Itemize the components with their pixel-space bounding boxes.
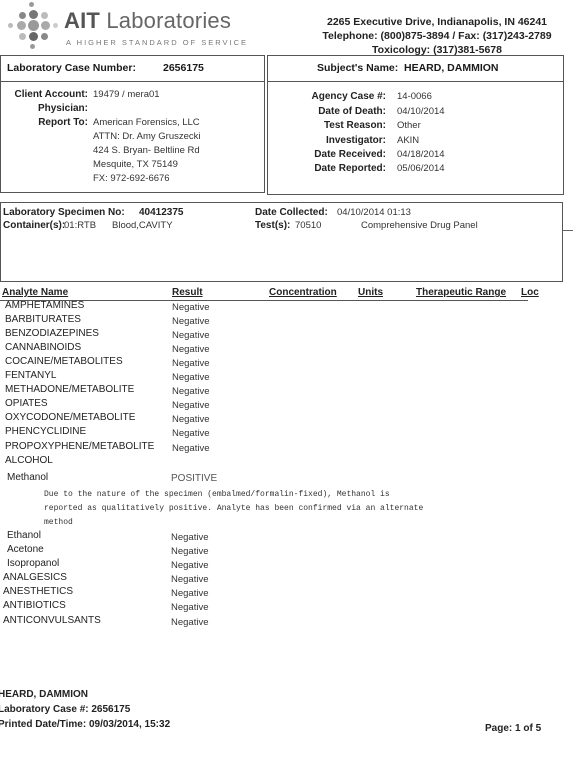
date-of-death-value: 04/10/2014 [397, 106, 445, 117]
analyte-name: ANALGESICS [3, 572, 67, 583]
analyte-result: Negative [171, 602, 209, 613]
analyte-result: Negative [172, 414, 210, 425]
analyte-result: Negative [172, 358, 210, 369]
note-line: Due to the nature of the specimen (embal… [44, 488, 484, 502]
analyte-name: METHADONE/METABOLITE [5, 384, 134, 395]
analyte-name: ANESTHETICS [3, 586, 73, 597]
report-to-line: American Forensics, LLC [93, 117, 200, 128]
analyte-result: Negative [172, 386, 210, 397]
analyte-name: PROPOXYPHENE/METABOLITE [5, 441, 154, 452]
methanol-note: Due to the nature of the specimen (embal… [44, 488, 484, 530]
lab-contact-block: 2265 Executive Drive, Indianapolis, IN 4… [290, 15, 584, 57]
analyte-name: CANNABINOIDS [5, 342, 81, 353]
date-received-label: Date Received: [314, 149, 386, 160]
analyte-result: Negative [172, 344, 210, 355]
report-to-line: FX: 972-692-6676 [93, 173, 170, 184]
analyte-result: Negative [172, 443, 210, 454]
tests-label: Test(s): [255, 220, 290, 231]
case-info-box: Laboratory Case Number: 2656175 Client A… [0, 55, 265, 193]
analyte-result: Negative [171, 574, 209, 585]
containers-label: Container(s): [3, 220, 65, 231]
analyte-result: Negative [171, 532, 209, 543]
report-to-label: Report To: [38, 117, 88, 128]
col-concentration: Concentration [269, 287, 337, 298]
analyte-name: BENZODIAZEPINES [5, 328, 99, 339]
analyte-name: Acetone [7, 544, 44, 555]
analyte-name: Isopropanol [7, 558, 59, 569]
footer-page-number: Page: 1 of 5 [485, 723, 541, 734]
analyte-result: Negative [171, 560, 209, 571]
case-number-header: Laboratory Case Number: 2656175 [1, 56, 264, 82]
col-analyte-name: Analyte Name [2, 287, 68, 298]
investigator-label: Investigator: [326, 135, 386, 146]
case-number-value: 2656175 [163, 62, 204, 74]
report-to-line: 424 S. Bryan- Beltline Rd [93, 145, 200, 156]
analyte-name: COCAINE/METABOLITES [5, 356, 123, 367]
company-name: AIT Laboratories [64, 8, 231, 34]
analyte-result: Negative [172, 400, 210, 411]
test-reason-value: Other [397, 120, 421, 131]
test-name: Comprehensive Drug Panel [361, 220, 478, 231]
analyte-result: Negative [172, 316, 210, 327]
date-of-death-label: Date of Death: [318, 106, 386, 117]
subject-name-header: Subject's Name: HEARD, DAMMION [268, 56, 563, 82]
client-account-value: 19479 / mera01 [93, 89, 160, 100]
report-to-line: ATTN: Dr. Amy Gruszecki [93, 131, 201, 142]
col-loc: Loc [521, 287, 539, 298]
investigator-value: AKIN [397, 135, 419, 146]
ait-logo-icon [8, 2, 58, 50]
analyte-name: OPIATES [5, 398, 48, 409]
col-therapeutic-range: Therapeutic Range [416, 287, 506, 298]
analyte-name: Methanol [7, 472, 48, 483]
report-to-line: Mesquite, TX 75149 [93, 159, 178, 170]
date-collected-value: 04/10/2014 01:13 [337, 207, 411, 218]
footer-case-number: Laboratory Case #: 2656175 [0, 704, 130, 715]
specimen-number-label: Laboratory Specimen No: [3, 207, 125, 218]
analyte-result: Negative [171, 546, 209, 557]
lab-address: 2265 Executive Drive, Indianapolis, IN 4… [290, 15, 584, 29]
analyte-name: PHENCYCLIDINE [5, 426, 86, 437]
analyte-result: Negative [172, 302, 210, 313]
analyte-result: Negative [171, 617, 209, 628]
col-units: Units [358, 287, 383, 298]
analyte-name: FENTANYL [5, 370, 57, 381]
physician-label: Physician: [38, 103, 88, 114]
company-name-rest: Laboratories [100, 8, 231, 33]
analyte-name: AMPHETAMINES [5, 300, 84, 311]
note-line: reported as qualitatively positive. Anal… [44, 502, 484, 516]
analyte-name: ALCOHOL [5, 455, 53, 466]
analyte-name: Ethanol [7, 530, 41, 541]
client-account-label: Client Account: [14, 89, 88, 100]
note-line: method [44, 516, 484, 530]
case-number-label: Laboratory Case Number: [7, 62, 136, 74]
subject-name-label: Subject's Name: [317, 62, 398, 74]
analyte-name: ANTIBIOTICS [3, 600, 66, 611]
test-code: 70510 [295, 220, 321, 231]
agency-case-value: 14-0066 [397, 91, 432, 102]
company-name-bold: AIT [64, 8, 100, 33]
analyte-name: BARBITURATES [5, 314, 81, 325]
specimen-info-box: Laboratory Specimen No: 40412375 Date Co… [0, 202, 563, 282]
date-received-value: 04/18/2014 [397, 149, 445, 160]
footer-printed-datetime: Printed Date/Time: 09/03/2014, 15:32 [0, 719, 170, 730]
container-code: 01:RTB [64, 220, 96, 231]
specimen-number-value: 40412375 [139, 207, 184, 218]
analyte-name: ANTICONVULSANTS [3, 615, 101, 626]
margin-tick [563, 230, 573, 231]
analyte-result: Negative [171, 588, 209, 599]
test-reason-label: Test Reason: [324, 120, 386, 131]
analyte-name: OXYCODONE/METABOLITE [5, 412, 135, 423]
container-type: Blood,CAVITY [112, 220, 173, 231]
company-tagline: A HIGHER STANDARD OF SERVICE [66, 38, 248, 47]
analyte-result: Negative [172, 428, 210, 439]
analyte-result: Negative [172, 372, 210, 383]
lab-phone-fax: Telephone: (800)875-3894 / Fax: (317)243… [290, 29, 584, 43]
analyte-result-positive: POSITIVE [171, 473, 217, 484]
date-reported-value: 05/06/2014 [397, 163, 445, 174]
col-result: Result [172, 287, 203, 298]
subject-info-box: Subject's Name: HEARD, DAMMION Agency Ca… [267, 55, 564, 195]
subject-name-value: HEARD, DAMMION [404, 62, 499, 74]
analyte-result: Negative [172, 330, 210, 341]
agency-case-label: Agency Case #: [312, 91, 386, 102]
footer-subject-name: HEARD, DAMMION [0, 689, 88, 700]
date-collected-label: Date Collected: [255, 207, 328, 218]
date-reported-label: Date Reported: [314, 163, 386, 174]
